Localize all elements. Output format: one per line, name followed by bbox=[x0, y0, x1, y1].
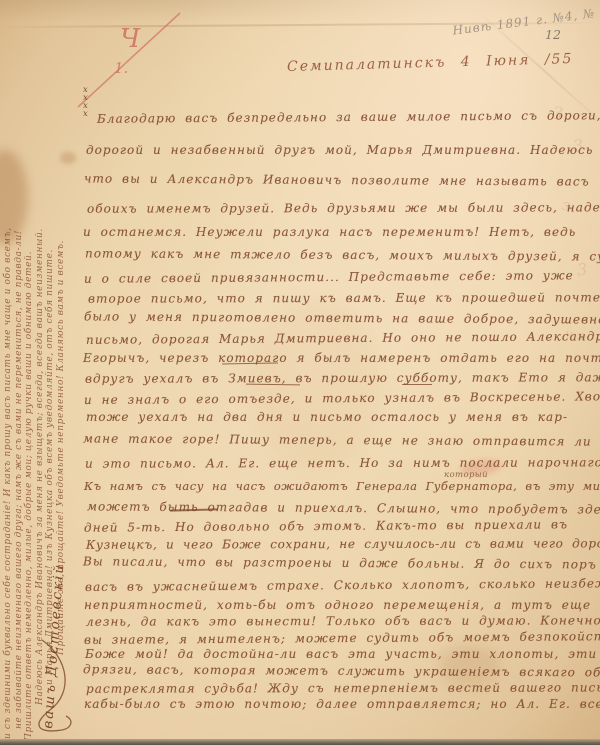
letter-line: Благодарю васъ безпредельно за ваше мило… bbox=[97, 108, 600, 126]
letter-line: и не зналъ о его отъезде, и только узнал… bbox=[84, 389, 600, 407]
letter-line: и останемся. Неужели разлука насъ переме… bbox=[83, 225, 576, 239]
letter-line: Кузнецкъ, и чего Боже сохрани, не случил… bbox=[86, 536, 600, 551]
archival-pencil-note: Нивѣ 1891 г. №4, № 368 bbox=[452, 2, 600, 37]
interlinear-insertion: который bbox=[444, 470, 488, 480]
page-number: 12 bbox=[545, 27, 561, 42]
scan-edge bbox=[0, 739, 600, 745]
letter-line: что вы и Александръ Ивановичъ позволите … bbox=[84, 171, 590, 188]
letter-line: обоихъ именемъ друзей. Ведь друзьями же … bbox=[87, 200, 600, 215]
letter-line: мане такое горе! Пишу теперь, а еще не з… bbox=[83, 431, 592, 448]
red-mark-numerator: Ч bbox=[120, 24, 141, 54]
letter-line: потому какъ мне тяжело безъ васъ, моихъ … bbox=[85, 246, 600, 263]
letter-line: Боже мой! да достойна-ли васъ эта участь… bbox=[85, 647, 597, 661]
letter-line: было у меня приготовлено ответить на ваш… bbox=[84, 309, 600, 326]
letter-line: письмо, дорогая Марья Дмитриевна. Но оно… bbox=[86, 329, 600, 347]
letter-line: Вы писали, что вы разстроены и даже боль… bbox=[83, 554, 600, 571]
letter-line: Егорычъ, черезъ котораго я былъ намеренъ… bbox=[83, 351, 600, 365]
margin-line: Прощайте же, прощайте! Уведомьте непреме… bbox=[56, 3, 67, 655]
letter-line: дней 5-ть. Но довольно объ этомъ. Какъ-т… bbox=[84, 517, 568, 534]
letter-page: Нивѣ 1891 г. №4, № 368 12 Ч 1. х х х х С… bbox=[0, 0, 600, 745]
letter-line: лезнь, да какъ это вынести! Только объ в… bbox=[86, 613, 600, 628]
letter-line: вдругъ уехалъ въ Змиевъ, въ прошлую субб… bbox=[85, 370, 600, 385]
letter-line: неприятностей, хоть-бы отъ одного переме… bbox=[84, 598, 600, 612]
margin-line: не забывайте неизменнаго вашего друга; н… bbox=[14, 3, 25, 729]
margin-line: и съ здешними буквально себе состраданіе… bbox=[3, 3, 14, 739]
underline-mark bbox=[402, 384, 432, 385]
letter-line: вы знаете, я мнителенъ; можете судить об… bbox=[84, 629, 600, 647]
letter-line: и о силе своей привязанности... Представ… bbox=[84, 268, 574, 285]
margin-line: Надеюсь Александръ Ивановичъ за меня не … bbox=[35, 3, 46, 705]
letter-line: и это письмо. Ал. Ег. еще нетъ. Но за ни… bbox=[85, 455, 600, 470]
letter-line: Къ намъ съ часу на часъ ожидаютъ Генерал… bbox=[84, 479, 600, 493]
letter-line: можетъ быть отгадав и приехалъ. Слышно, … bbox=[87, 499, 600, 516]
red-pencil-mark: Ч 1. bbox=[70, 5, 200, 120]
red-mark-denominator: 1. bbox=[114, 59, 128, 77]
letter-line: дорогой и незабвенный другъ мой, Марья Д… bbox=[86, 143, 593, 157]
dateline: Семипалатинскъ 4 Іюня /55 bbox=[287, 51, 574, 75]
letter-line: второе письмо, что я пишу къ вамъ. Еще к… bbox=[88, 290, 600, 305]
margin-line: Пришлите ответъ немедленно, милые, добры… bbox=[24, 3, 35, 741]
cross-marks: х х х х bbox=[83, 86, 88, 118]
letter-line: дрязги, васъ, которая можетъ служить укр… bbox=[83, 662, 600, 680]
letter-line: тоже уехалъ на два дня и письмо осталось… bbox=[86, 410, 568, 424]
letter-line: кабы-было съ этою почтою; далее отправля… bbox=[84, 697, 600, 711]
letter-line: васъ въ ужаснейшемъ страхе. Сколько хлоп… bbox=[85, 576, 600, 594]
signature-flourish bbox=[28, 636, 80, 740]
letter-line: растреклятая судьба! Жду съ нетерпеніемъ… bbox=[86, 680, 600, 696]
